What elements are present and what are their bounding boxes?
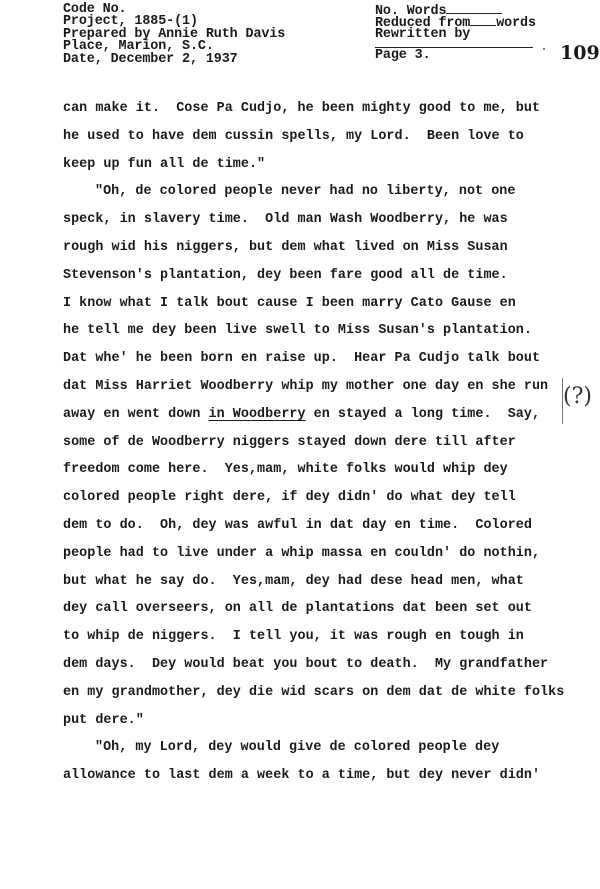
text-line: "Oh, my Lord, dey would give de colored …	[63, 734, 583, 762]
text-line: to whip de niggers. I tell you, it was r…	[63, 623, 583, 651]
reduced-from-blank	[470, 16, 496, 26]
text-segment: away en went down	[63, 407, 209, 422]
text-line: people had to live under a whip massa en…	[63, 540, 583, 568]
text-line: dem to do. Oh, dey was awful in dat day …	[63, 512, 583, 540]
date: Date, December 2, 1937	[63, 54, 285, 66]
text-line: away en went down in Woodberry en stayed…	[63, 401, 583, 429]
page-number: 109	[560, 42, 600, 64]
text-line: dat Miss Harriet Woodberry whip my mothe…	[63, 373, 583, 401]
reduced-words-label: words	[496, 16, 536, 31]
text-line: "Oh, de colored people never had no libe…	[63, 178, 583, 206]
text-line: Stevenson's plantation, dey been fare go…	[63, 262, 583, 290]
no-words: No. Words	[375, 4, 536, 16]
text-line: can make it. Cose Pa Cudjo, he been migh…	[63, 95, 583, 123]
text-line: Dat whe' he been born en raise up. Hear …	[63, 345, 583, 373]
text-line: dey call overseers, on all de plantation…	[63, 595, 583, 623]
text-line: keep up fun all de time."	[63, 151, 583, 179]
page-label: Page 3.	[375, 50, 536, 62]
text-line: some of de Woodberry niggers stayed down…	[63, 429, 583, 457]
header-metadata: Code No. Project, 1885-(1) Prepared by A…	[63, 4, 285, 66]
text-line: rough wid his niggers, but dem what live…	[63, 234, 583, 262]
signature-rule	[375, 41, 533, 48]
text-line: he used to have dem cussin spells, my Lo…	[63, 123, 583, 151]
header-word-count: No. Words Reduced fromwords Rewritten by…	[375, 4, 536, 63]
dot-mark	[543, 48, 545, 50]
text-line: freedom come here. Yes,mam, white folks …	[63, 456, 583, 484]
text-line: speck, in slavery time. Old man Wash Woo…	[63, 206, 583, 234]
text-line: colored people right dere, if dey didn' …	[63, 484, 583, 512]
typescript-page: Code No. Project, 1885-(1) Prepared by A…	[0, 0, 600, 889]
text-line: I know what I talk bout cause I been mar…	[63, 290, 583, 318]
body-text: can make it. Cose Pa Cudjo, he been migh…	[63, 95, 583, 790]
no-words-blank	[446, 4, 502, 14]
underlined-text: in Woodberry	[209, 407, 306, 422]
margin-note-question: (?)	[563, 384, 592, 409]
text-line: put dere."	[63, 707, 583, 735]
text-line: dem days. Dey would beat you bout to dea…	[63, 651, 583, 679]
text-line: en my grandmother, dey die wid scars on …	[63, 679, 583, 707]
text-line: he tell me dey been live swell to Miss S…	[63, 317, 583, 345]
text-line: but what he say do. Yes,mam, dey had des…	[63, 568, 583, 596]
text-segment: en stayed a long time. Say,	[306, 407, 541, 422]
text-line: allowance to last dem a week to a time, …	[63, 762, 583, 790]
